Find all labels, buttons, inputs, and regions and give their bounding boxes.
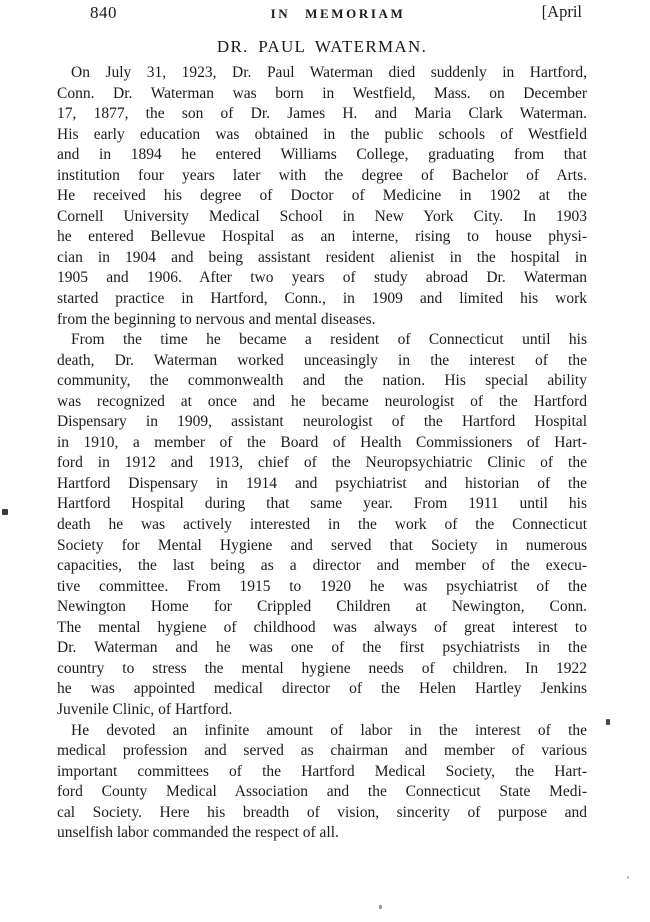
text-line: ford in 1912 and 1913, chief of the Neur… [57,453,587,474]
ink-speck [627,876,629,879]
text-line: 1905 and 1906. After two years of study … [57,268,587,289]
text-line: ford County Medical Association and the … [57,782,587,803]
text-line: country to stress the mental hygiene nee… [57,659,587,680]
text-line: he entered Bellevue Hospital as an inter… [57,227,587,248]
text-line: cian in 1904 and being assistant residen… [57,248,587,269]
ink-speck [606,719,610,725]
article-title: DR. PAUL WATERMAN. [57,37,587,57]
text-line: On July 31, 1923, Dr. Paul Waterman died… [57,63,587,84]
text-line: medical profession and served as chairma… [57,741,587,762]
text-line: From the time he became a resident of Co… [57,330,587,351]
text-line: was recognized at once and he became neu… [57,392,587,413]
text-line: institution four years later with the de… [57,166,587,187]
issue-month-label: [April [542,2,582,22]
text-line: tive committee. From 1915 to 1920 he was… [57,577,587,598]
text-line: The mental hygiene of childhood was alwa… [57,618,587,639]
text-line: Dr. Waterman and he was one of the first… [57,638,587,659]
ink-speck [379,905,382,909]
text-line: he was appointed medical director of the… [57,679,587,700]
paragraph: He devoted an infinite amount of labor i… [57,721,587,844]
text-line: Society for Mental Hygiene and served th… [57,536,587,557]
text-line: His early education was obtained in the … [57,125,587,146]
text-line: started practice in Hartford, Conn., in … [57,289,587,310]
text-line: He received his degree of Doctor of Medi… [57,186,587,207]
text-line: from the beginning to nervous and mental… [57,310,587,331]
scanned-page: 840 IN MEMORIAM [April DR. PAUL WATERMAN… [0,0,650,922]
text-line: cal Society. Here his breadth of vision,… [57,803,587,824]
text-line: 17, 1877, the son of Dr. James H. and Ma… [57,104,587,125]
text-line: Dispensary in 1909, assistant neurologis… [57,412,587,433]
text-line: unselfish labor commanded the respect of… [57,823,587,844]
paragraph: On July 31, 1923, Dr. Paul Waterman died… [57,63,587,330]
article-body: On July 31, 1923, Dr. Paul Waterman died… [57,63,587,844]
text-line: important committees of the Hartford Med… [57,762,587,783]
text-line: Hartford Hospital during that same year.… [57,494,587,515]
text-line: Hartford Dispensary in 1914 and psychiat… [57,474,587,495]
paragraph: From the time he became a resident of Co… [57,330,587,720]
text-line: capacities, the last being as a director… [57,556,587,577]
ink-speck [2,509,8,515]
text-line: in 1910, a member of the Board of Health… [57,433,587,454]
text-line: Conn. Dr. Waterman was born in Westfield… [57,84,587,105]
text-line: He devoted an infinite amount of labor i… [57,721,587,742]
text-line: death, Dr. Waterman worked unceasingly i… [57,351,587,372]
text-line: community, the commonwealth and the nati… [57,371,587,392]
text-line: Cornell University Medical School in New… [57,207,587,228]
text-line: Newington Home for Crippled Children at … [57,597,587,618]
text-line: death he was actively interested in the … [57,515,587,536]
text-line: and in 1894 he entered Williams College,… [57,145,587,166]
text-line: Juvenile Clinic, of Hartford. [57,700,587,721]
